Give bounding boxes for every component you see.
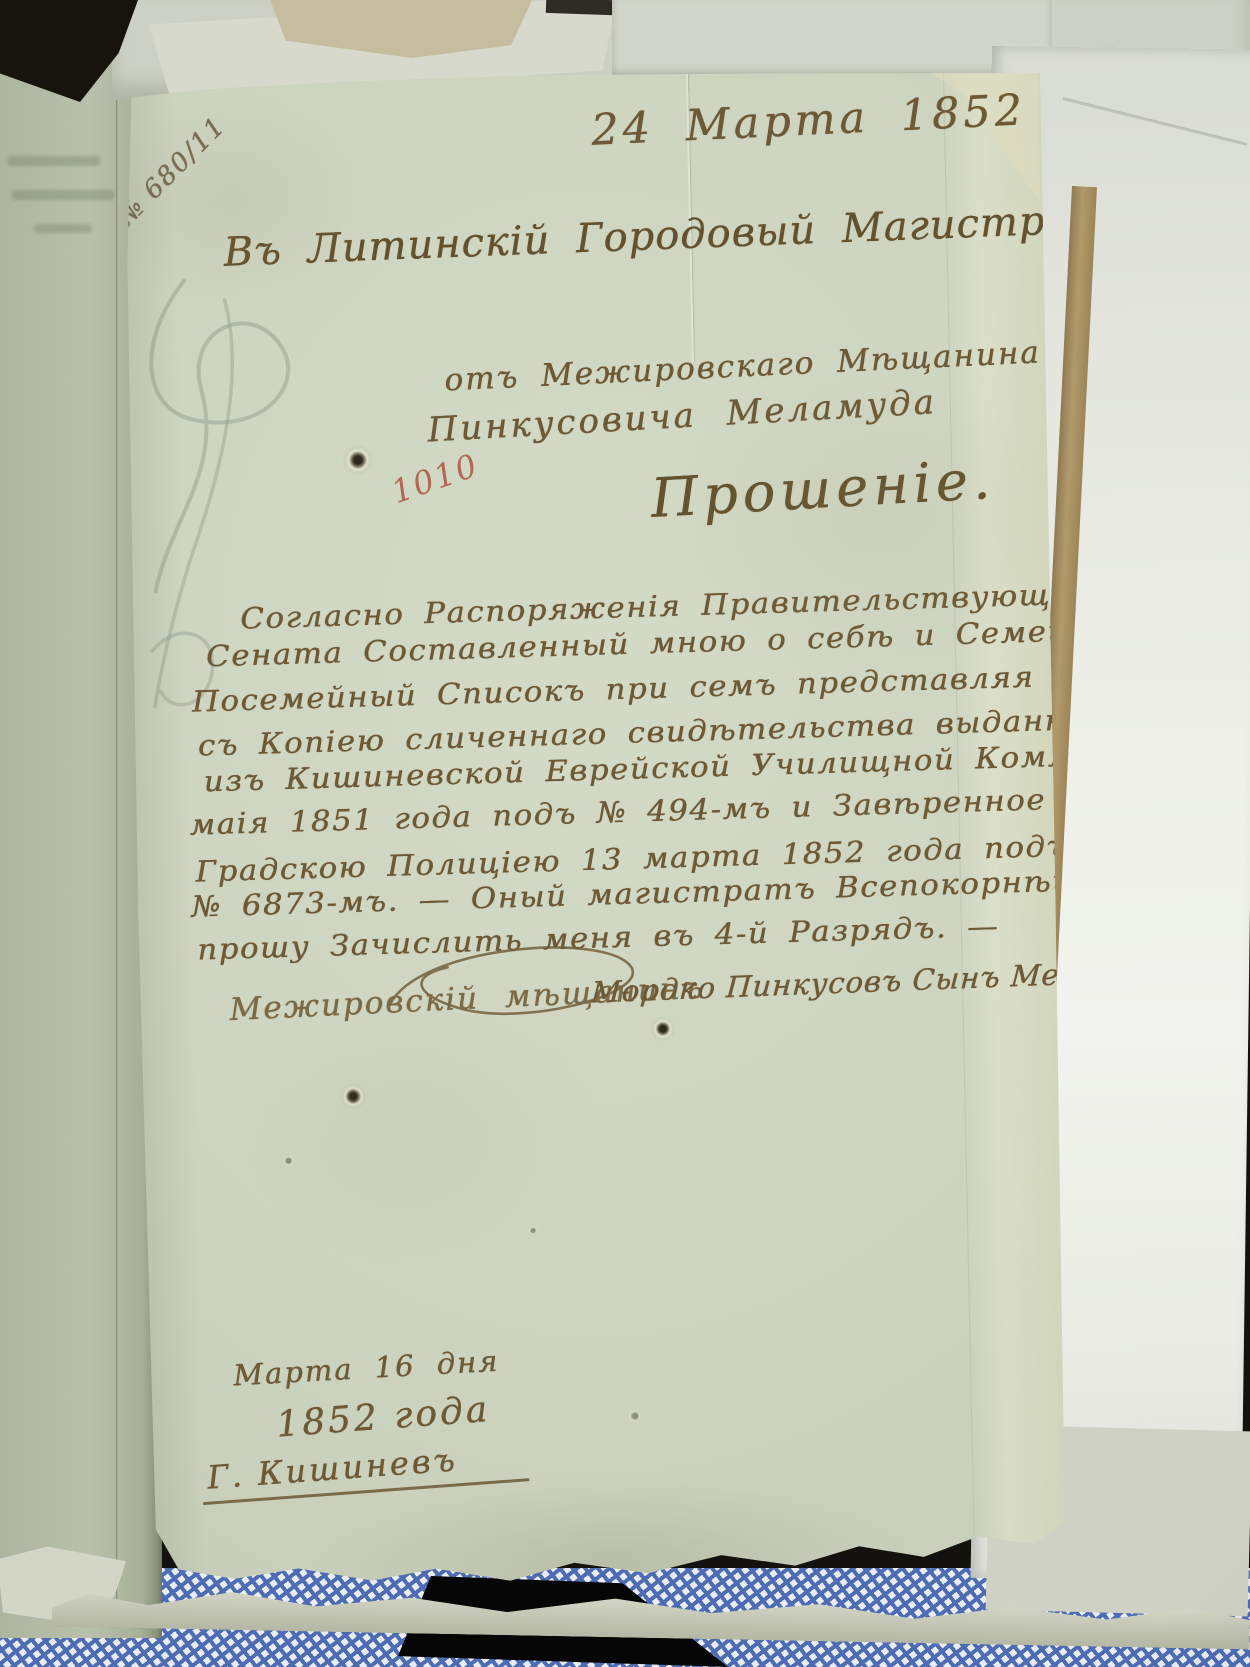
paper-hole	[650, 1017, 676, 1042]
paper-hole	[339, 1083, 368, 1110]
paper-dent	[282, 1155, 294, 1167]
paper-dent	[628, 1409, 642, 1422]
top-right-paper-layer	[612, 0, 1052, 78]
embossed-stamp-smudge	[8, 156, 100, 166]
petition-title: Прошеніе.	[649, 448, 996, 530]
document-photo: № 680/11 24 Марта 1852 Въ Литинскій Горо…	[0, 0, 1250, 1667]
red-registry-number: 1010	[387, 446, 484, 511]
footer-date-day: Марта 16 дня	[232, 1344, 500, 1393]
footer-date-year: 1852 года	[275, 1389, 492, 1446]
petition-page: № 680/11 24 Марта 1852 Въ Литинскій Горо…	[120, 65, 1071, 1590]
page-fold-line	[116, 60, 119, 1600]
footer-place: Г. Кишиневъ	[200, 1435, 529, 1505]
embossed-stamp-smudge	[12, 190, 114, 200]
paper-dent	[528, 1225, 538, 1235]
embossed-stamp-smudge	[34, 224, 92, 233]
paper-hole	[342, 445, 375, 476]
